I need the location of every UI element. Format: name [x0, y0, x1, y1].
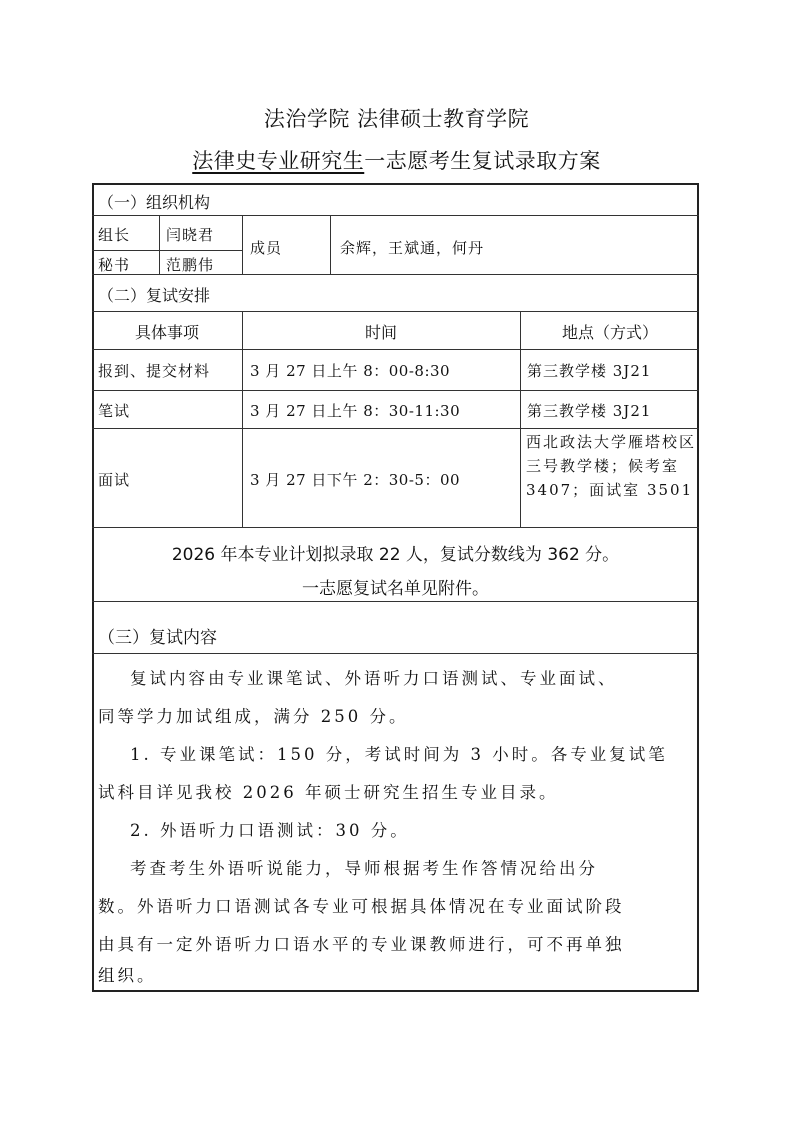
- column-header-place: 地点（方式）: [520, 320, 700, 343]
- row-divider: [92, 390, 699, 391]
- schedule-item-interview: 面试: [98, 469, 130, 490]
- column-divider: [242, 311, 243, 527]
- schedule-place-registration: 第三教学楼 3J21: [527, 360, 651, 381]
- members-list: 余辉，王斌通，何丹: [340, 237, 484, 258]
- column-divider: [520, 311, 521, 527]
- leader-name: 闫晓君: [166, 224, 214, 245]
- section-heading-schedule: （二）复试安排: [98, 283, 210, 306]
- row-divider: [92, 601, 699, 602]
- schedule-item-written-exam: 笔试: [98, 400, 130, 421]
- content-paragraph: 组织。: [98, 962, 157, 986]
- column-divider: [330, 215, 331, 274]
- section-heading-organization: （一）组织机构: [98, 190, 210, 213]
- content-paragraph: 同等学力加试组成，满分 250 分。: [98, 703, 408, 727]
- secretary-name: 范鹏伟: [166, 254, 214, 275]
- content-paragraph: 复试内容由专业课笔试、外语听力口语测试、专业面试、: [130, 665, 618, 689]
- row-divider: [92, 527, 699, 528]
- admission-quota-note: 2026 年本专业计划拟录取 22 人，复试分数线为 362 分。: [92, 540, 699, 565]
- row-divider: [92, 250, 242, 251]
- content-paragraph: 由具有一定外语听力口语水平的专业课教师进行，可不再单独: [98, 931, 625, 955]
- document-title-plan: 法律史专业研究生一志愿考生复试录取方案: [0, 145, 793, 175]
- row-divider: [92, 428, 699, 429]
- schedule-place-interview: 西北政法大学雁塔校区三号教学楼；候考室 3407；面试室 3501: [526, 430, 698, 502]
- schedule-item-registration: 报到、提交材料: [98, 360, 210, 381]
- row-divider: [92, 215, 699, 216]
- content-paragraph: 数。外语听力口语测试各专业可根据具体情况在专业面试阶段: [98, 893, 625, 917]
- row-divider: [92, 349, 699, 350]
- schedule-time-interview: 3 月 27 日下午 2：30-5：00: [250, 469, 460, 490]
- row-divider: [92, 311, 699, 312]
- title-plan-rest: 一志愿考生复试录取方案: [364, 149, 601, 173]
- column-header-item: 具体事项: [92, 320, 242, 343]
- column-header-time: 时间: [242, 320, 520, 343]
- title-major-underlined: 法律史专业研究生: [192, 149, 364, 173]
- content-paragraph: 考查考生外语听说能力，导师根据考生作答情况给出分: [130, 855, 598, 879]
- row-divider: [92, 653, 699, 654]
- schedule-time-registration: 3 月 27 日上午 8：00-8:30: [250, 360, 450, 381]
- column-divider: [242, 215, 243, 274]
- secretary-label: 秘书: [98, 254, 130, 275]
- members-label: 成员: [250, 237, 282, 258]
- schedule-time-written-exam: 3 月 27 日上午 8：30-11:30: [250, 400, 460, 421]
- column-divider: [159, 215, 160, 274]
- document-title-institutes: 法治学院 法律硕士教育学院: [0, 103, 793, 133]
- leader-label: 组长: [98, 224, 130, 245]
- content-paragraph: 试科目详见我校 2026 年硕士研究生招生专业目录。: [98, 779, 558, 803]
- section-heading-content: （三）复试内容: [98, 623, 217, 648]
- content-paragraph: 1. 专业课笔试：150 分，考试时间为 3 小时。各专业复试笔: [130, 741, 668, 765]
- shortlist-note: 一志愿复试名单见附件。: [92, 574, 699, 599]
- schedule-place-written-exam: 第三教学楼 3J21: [527, 400, 651, 421]
- content-paragraph: 2. 外语听力口语测试：30 分。: [130, 817, 410, 841]
